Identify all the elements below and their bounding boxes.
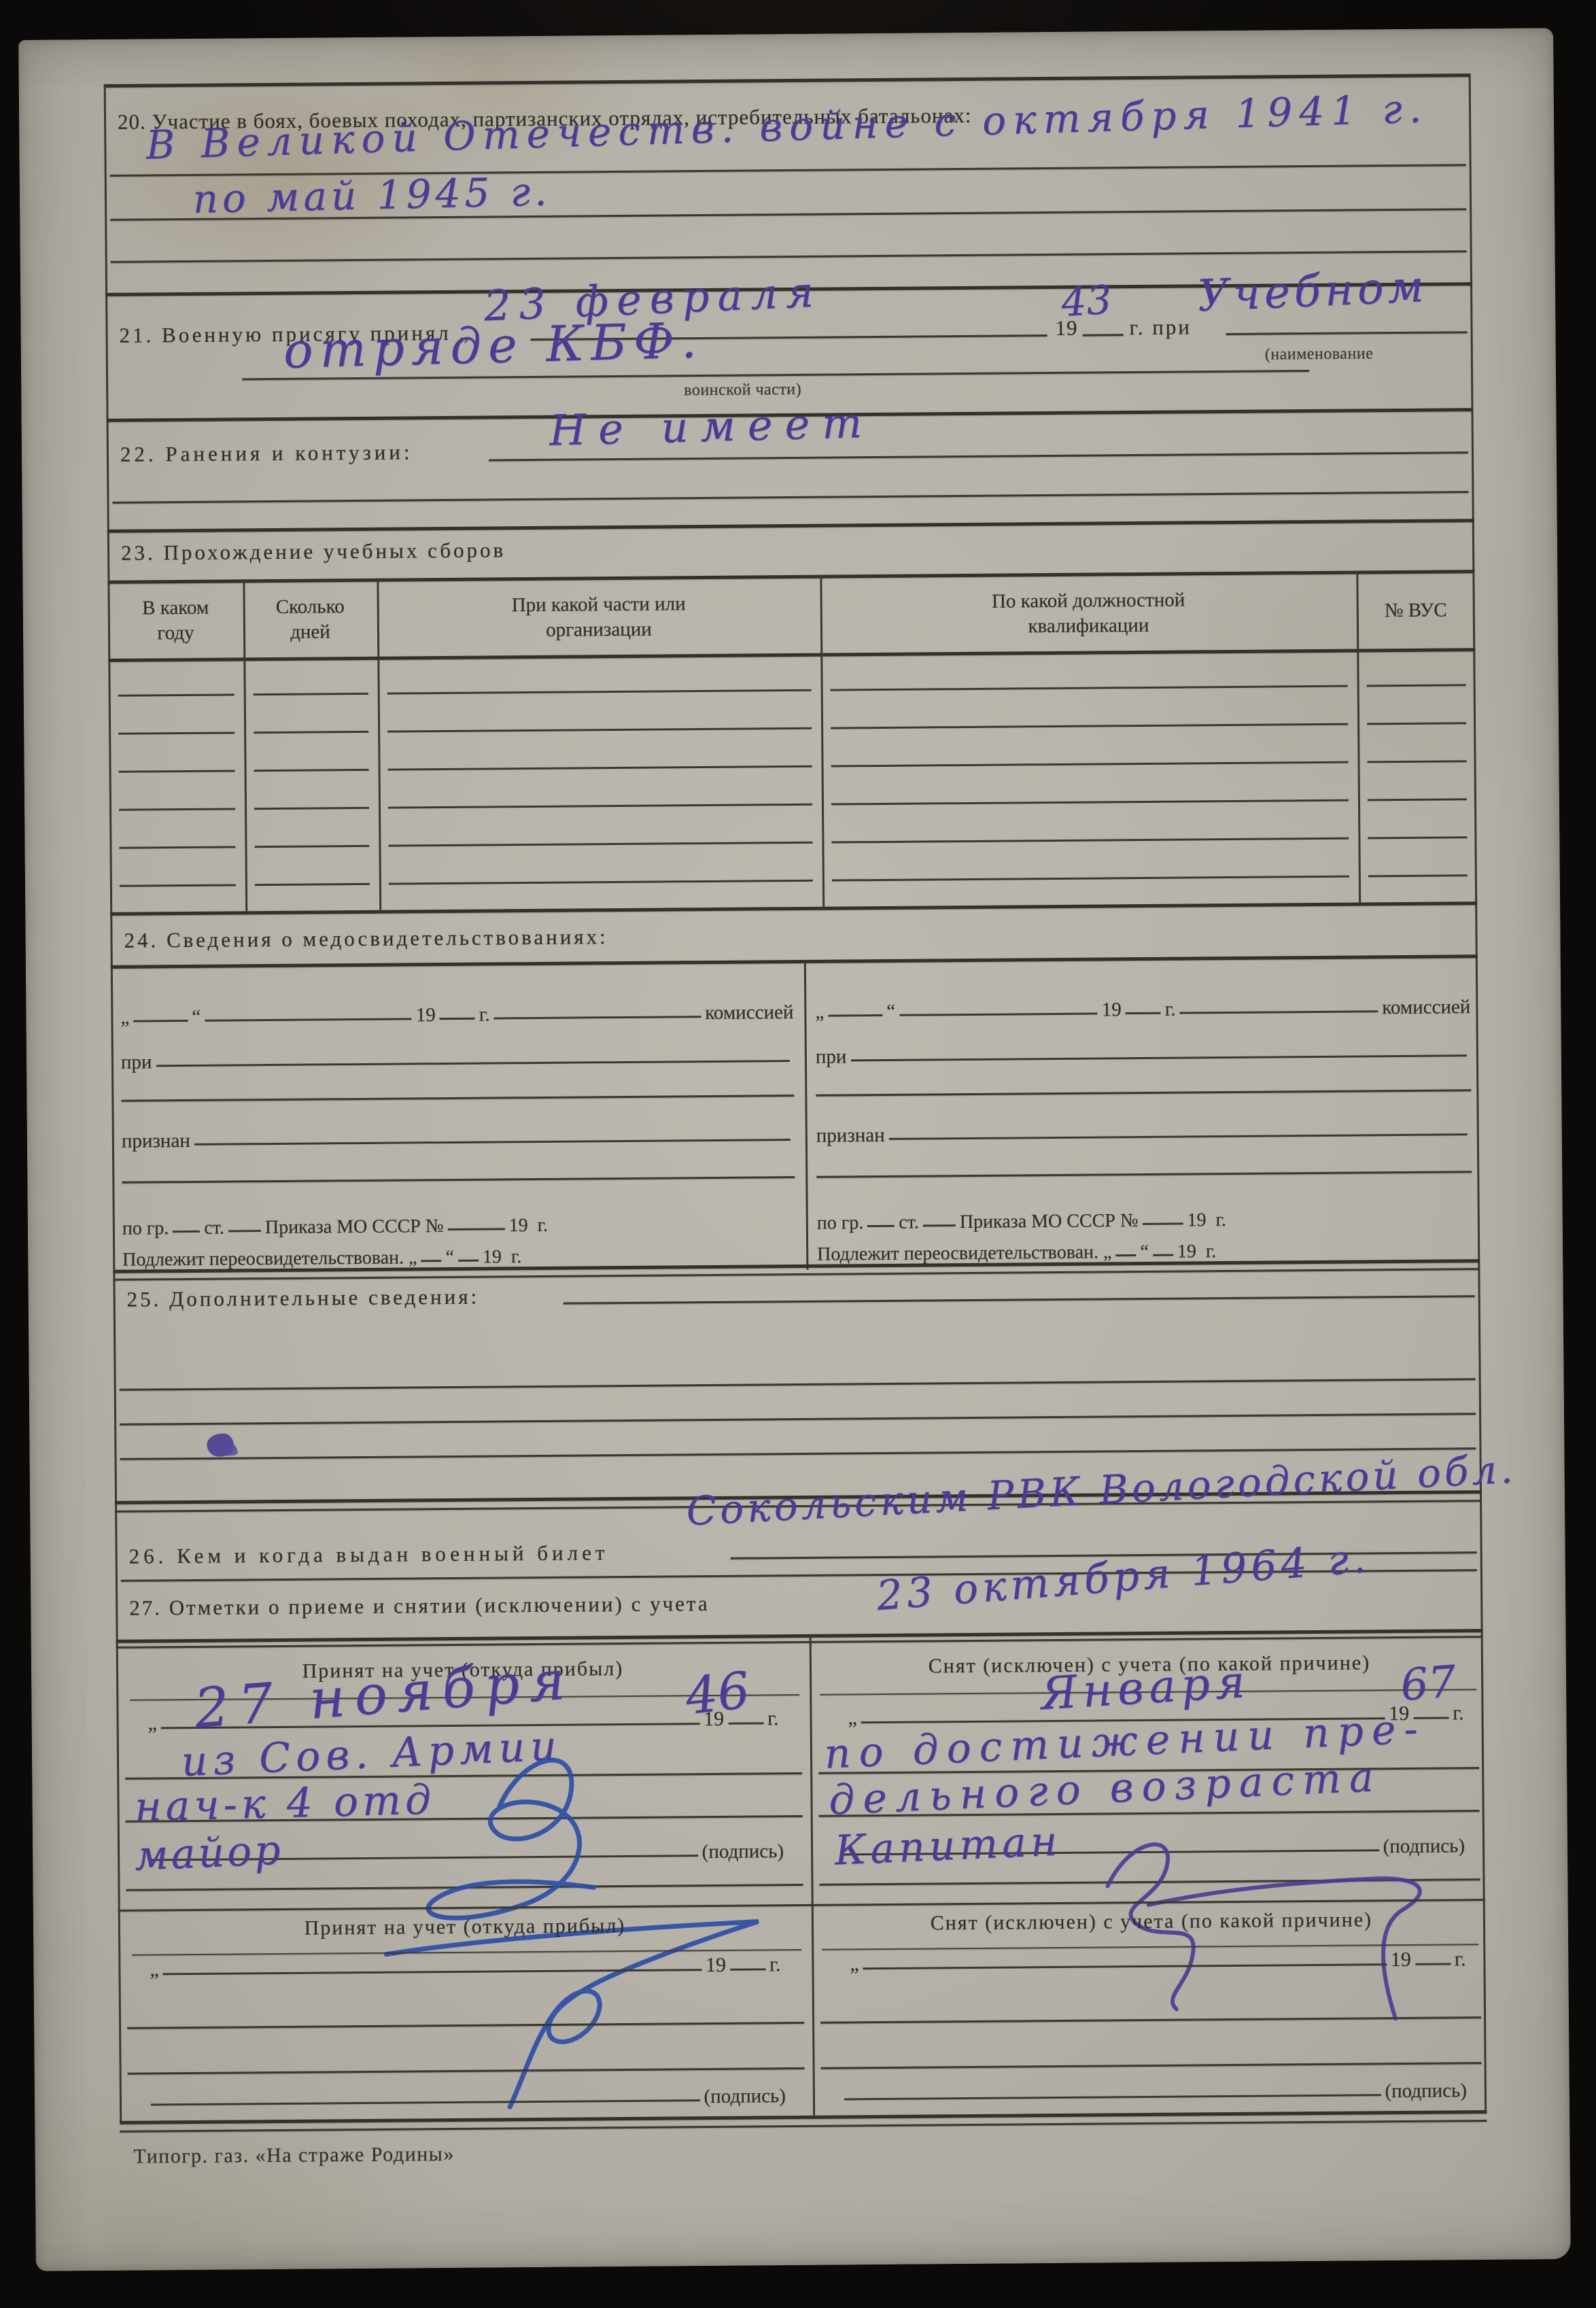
handwriting-oath-unit1: Учебном	[1196, 262, 1429, 322]
printed-19: 19	[706, 1954, 726, 1976]
close-quote: “	[192, 1007, 201, 1028]
printed-pri: при	[121, 1052, 152, 1073]
printed-g: г.	[479, 1005, 490, 1026]
table-cell	[109, 698, 244, 738]
table-cell	[378, 694, 821, 736]
table-cell	[109, 736, 244, 776]
note-naimenovanie: (наименование	[1265, 345, 1374, 364]
section-22-title: 22. Ранения и контузии:	[120, 440, 413, 466]
printed-podpis: (подпись)	[704, 2086, 786, 2107]
printed-19: 19	[416, 1005, 436, 1026]
section-26-label: Кем и когда выдан военный билет	[177, 1540, 609, 1568]
table-cell	[1358, 765, 1476, 804]
table-cell	[109, 812, 245, 852]
table-cell	[821, 689, 1357, 731]
table-cell	[379, 846, 822, 888]
printed-po-gr: по гр.	[817, 1213, 864, 1233]
table-cell	[822, 804, 1358, 846]
handwriting-issue-date: 23 октября 1964 г.	[875, 1534, 1371, 1620]
printed-prikaz: Приказа МО СССР №	[960, 1211, 1139, 1232]
table-cell	[245, 812, 379, 851]
printed-g-pri: г. при	[1129, 315, 1192, 340]
section-27-title: 27. Отметки о приеме и снятии (исключени…	[129, 1591, 710, 1621]
table-cell	[378, 732, 821, 774]
table-cell	[244, 736, 378, 775]
frame-border-top	[104, 73, 1471, 88]
rule-line	[816, 1089, 1471, 1097]
close-quote: “	[886, 1001, 895, 1022]
table-cell	[820, 651, 1357, 693]
printed-pri: при	[816, 1046, 847, 1067]
handwriting-oath-unit2: отряде КБФ.	[283, 311, 704, 379]
table-cell	[109, 774, 245, 814]
printed-19: 19	[1177, 1241, 1196, 1262]
medical-columns-divider	[804, 960, 809, 1270]
open-quote: „	[850, 1953, 859, 1975]
table-cell	[1357, 689, 1476, 727]
section-25-label: Дополнительные сведения:	[169, 1285, 479, 1311]
table-cell	[821, 727, 1357, 770]
printed-g: г.	[1129, 315, 1145, 339]
table-cell	[822, 842, 1358, 884]
close-quote: “	[1140, 1242, 1149, 1262]
handwriting-item20-line2: по май 1945 г.	[192, 168, 551, 222]
printed-podlezhit: Подлежит переосвидетельствован.	[817, 1242, 1098, 1264]
handwriting-issued-by: Сокольским РВК Вологодской обл.	[685, 1445, 1517, 1534]
med-row-date-left: „“19г.комиссией	[120, 1002, 793, 1028]
section-23-number: 23.	[121, 540, 156, 564]
col-header-qualification: По какой должностнойквалификации	[820, 587, 1357, 640]
section-24-number: 24.	[124, 928, 158, 952]
table-cell	[379, 808, 822, 850]
table-cell	[1357, 651, 1475, 689]
table-cell	[377, 656, 820, 697]
printed-st: ст.	[204, 1218, 224, 1238]
table-cell	[110, 850, 245, 890]
med-row-priznan-left: признан	[122, 1126, 795, 1152]
printed-st: ст.	[899, 1212, 919, 1233]
handwriting-removed-year: 67	[1399, 1657, 1458, 1711]
section-25-title: 25. Дополнительные сведения:	[127, 1285, 480, 1312]
rule-line	[112, 491, 1468, 504]
printed-g: г.	[538, 1215, 549, 1235]
col-header-unit: При какой части илиорганизации	[377, 591, 821, 644]
section-27-number: 27.	[129, 1596, 162, 1619]
printed-podlezhit: Подлежит переосвидетельствован.	[122, 1247, 404, 1270]
table-23-bottom-border	[110, 901, 1477, 916]
section-24-label: Сведения о медосвидетельствованиях:	[167, 925, 608, 952]
open-quote: „	[120, 1007, 129, 1029]
section-21-number: 21.	[119, 323, 154, 347]
table-cell	[108, 660, 243, 700]
section-20-number: 20.	[118, 109, 146, 133]
table-cell	[243, 659, 377, 699]
table-cell	[244, 697, 378, 737]
scanned-military-id-page: 20. Участие в боях, боевых походах, парт…	[0, 0, 1596, 2308]
printed-commission: комиссией	[705, 1002, 793, 1023]
col-header-vus: № ВУС	[1357, 598, 1475, 623]
handwriting-removed-rank: Капитан	[833, 1817, 1062, 1874]
section-24-title: 24. Сведения о медосвидетельствованиях:	[124, 925, 608, 953]
printed-g: г.	[511, 1247, 522, 1267]
med-row-pri-left: при	[121, 1047, 794, 1073]
printed-19: 19	[509, 1216, 528, 1236]
rule-line	[821, 2062, 1482, 2069]
open-quote: „	[1103, 1242, 1112, 1262]
section-25-number: 25.	[127, 1287, 162, 1311]
blank-line-oath-unit	[1226, 331, 1468, 335]
table-cell	[822, 765, 1358, 808]
open-quote: „	[409, 1247, 417, 1267]
section-separator	[107, 519, 1474, 533]
section-27-label: Отметки о приеме и снятии (исключении) с…	[169, 1591, 710, 1619]
section-26-title: 26. Кем и когда выдан военный билет	[129, 1540, 609, 1569]
med-row-priznan-right: признан	[816, 1120, 1472, 1146]
section-22-number: 22.	[120, 442, 157, 466]
section-separator	[111, 954, 1478, 969]
printed-po-gr: по гр.	[122, 1218, 169, 1239]
printed-g: г.	[769, 1954, 781, 1976]
handwriting-item20-line1: В Великой Отечеств. войне с октября 1941…	[145, 85, 1429, 168]
frame-border-left	[104, 84, 122, 2124]
signature-row: (подпись)	[840, 2080, 1467, 2106]
handwriting-wounds: Не имеет	[549, 398, 875, 455]
printed-19: 19	[1102, 999, 1122, 1020]
handwriting-accepted-year: 46	[682, 1661, 752, 1726]
table-cell	[379, 770, 822, 812]
printed-podpis: (подпись)	[1385, 2080, 1467, 2101]
printed-priznan: признан	[816, 1125, 885, 1146]
open-quote: „	[815, 1002, 824, 1023]
blank-line-oath-year	[1083, 334, 1124, 336]
open-quote: „	[848, 1707, 857, 1729]
rule-line	[122, 1176, 795, 1184]
section-23-label: Прохождение учебных сборов	[163, 538, 506, 564]
blank-line	[563, 1295, 1475, 1305]
table-27-divider	[810, 1634, 816, 2116]
printed-g: г.	[1455, 1948, 1466, 1970]
table-cell	[1358, 803, 1476, 842]
printed-19: 19	[483, 1247, 502, 1267]
table-cell	[245, 774, 379, 813]
med-row-prikaz-right: по гр.ст.Приказа МО СССР №19 г.	[817, 1206, 1474, 1233]
table-cell	[245, 850, 379, 889]
printed-g: г.	[1165, 999, 1176, 1020]
ink-blot	[207, 1433, 234, 1456]
printed-prikaz: Приказа МО СССР №	[265, 1216, 444, 1237]
med-row-pri-right: при	[816, 1041, 1471, 1067]
open-quote: „	[148, 1712, 157, 1734]
rule-line	[816, 1171, 1472, 1178]
printed-g: г.	[1206, 1241, 1217, 1262]
close-quote: “	[445, 1247, 454, 1267]
form-frame: 20. Участие в боях, боевых походах, парт…	[104, 73, 1487, 2134]
handwriting-accepted-rank: майор	[133, 1826, 283, 1880]
table-cell	[1357, 727, 1476, 765]
printed-19: 19	[1391, 1949, 1411, 1971]
rule-line	[120, 1378, 1476, 1391]
table-23-header-row: В какомгоду Сколькодней При какой части …	[107, 572, 1475, 659]
table-23-body	[108, 651, 1477, 890]
printed-priznan: признан	[122, 1131, 190, 1152]
printer-credit: Типогр. газ. «На страже Родины»	[133, 2143, 455, 2169]
table-cell	[1358, 841, 1476, 880]
section-26-number: 26.	[129, 1544, 168, 1568]
frame-border-right	[1469, 73, 1487, 2113]
section-22-label: Ранения и контузии:	[165, 440, 413, 466]
printed-pri: при	[1152, 315, 1192, 339]
note-voinskoy-chasti: воинской части)	[684, 381, 801, 400]
handwriting-oath-year: 43	[1060, 277, 1113, 326]
med-row-date-right: „“19г.комиссией	[815, 997, 1470, 1022]
rule-line	[120, 1413, 1476, 1426]
med-row-prikaz-left: по гр.ст.Приказа МО СССР №19 г.	[122, 1211, 797, 1239]
printed-commission: комиссией	[1382, 997, 1470, 1018]
rule-line	[111, 250, 1467, 263]
printed-19: 19	[1187, 1210, 1206, 1230]
col-header-year: В какомгоду	[108, 596, 244, 646]
paper-sheet: 20. Участие в боях, боевых походах, парт…	[18, 28, 1571, 2271]
col-header-days: Сколькодней	[243, 594, 378, 644]
printed-g: г.	[1215, 1210, 1226, 1230]
section-23-title: 23. Прохождение учебных сборов	[121, 538, 506, 565]
open-quote: „	[150, 1959, 159, 1980]
rule-line	[121, 1095, 794, 1102]
